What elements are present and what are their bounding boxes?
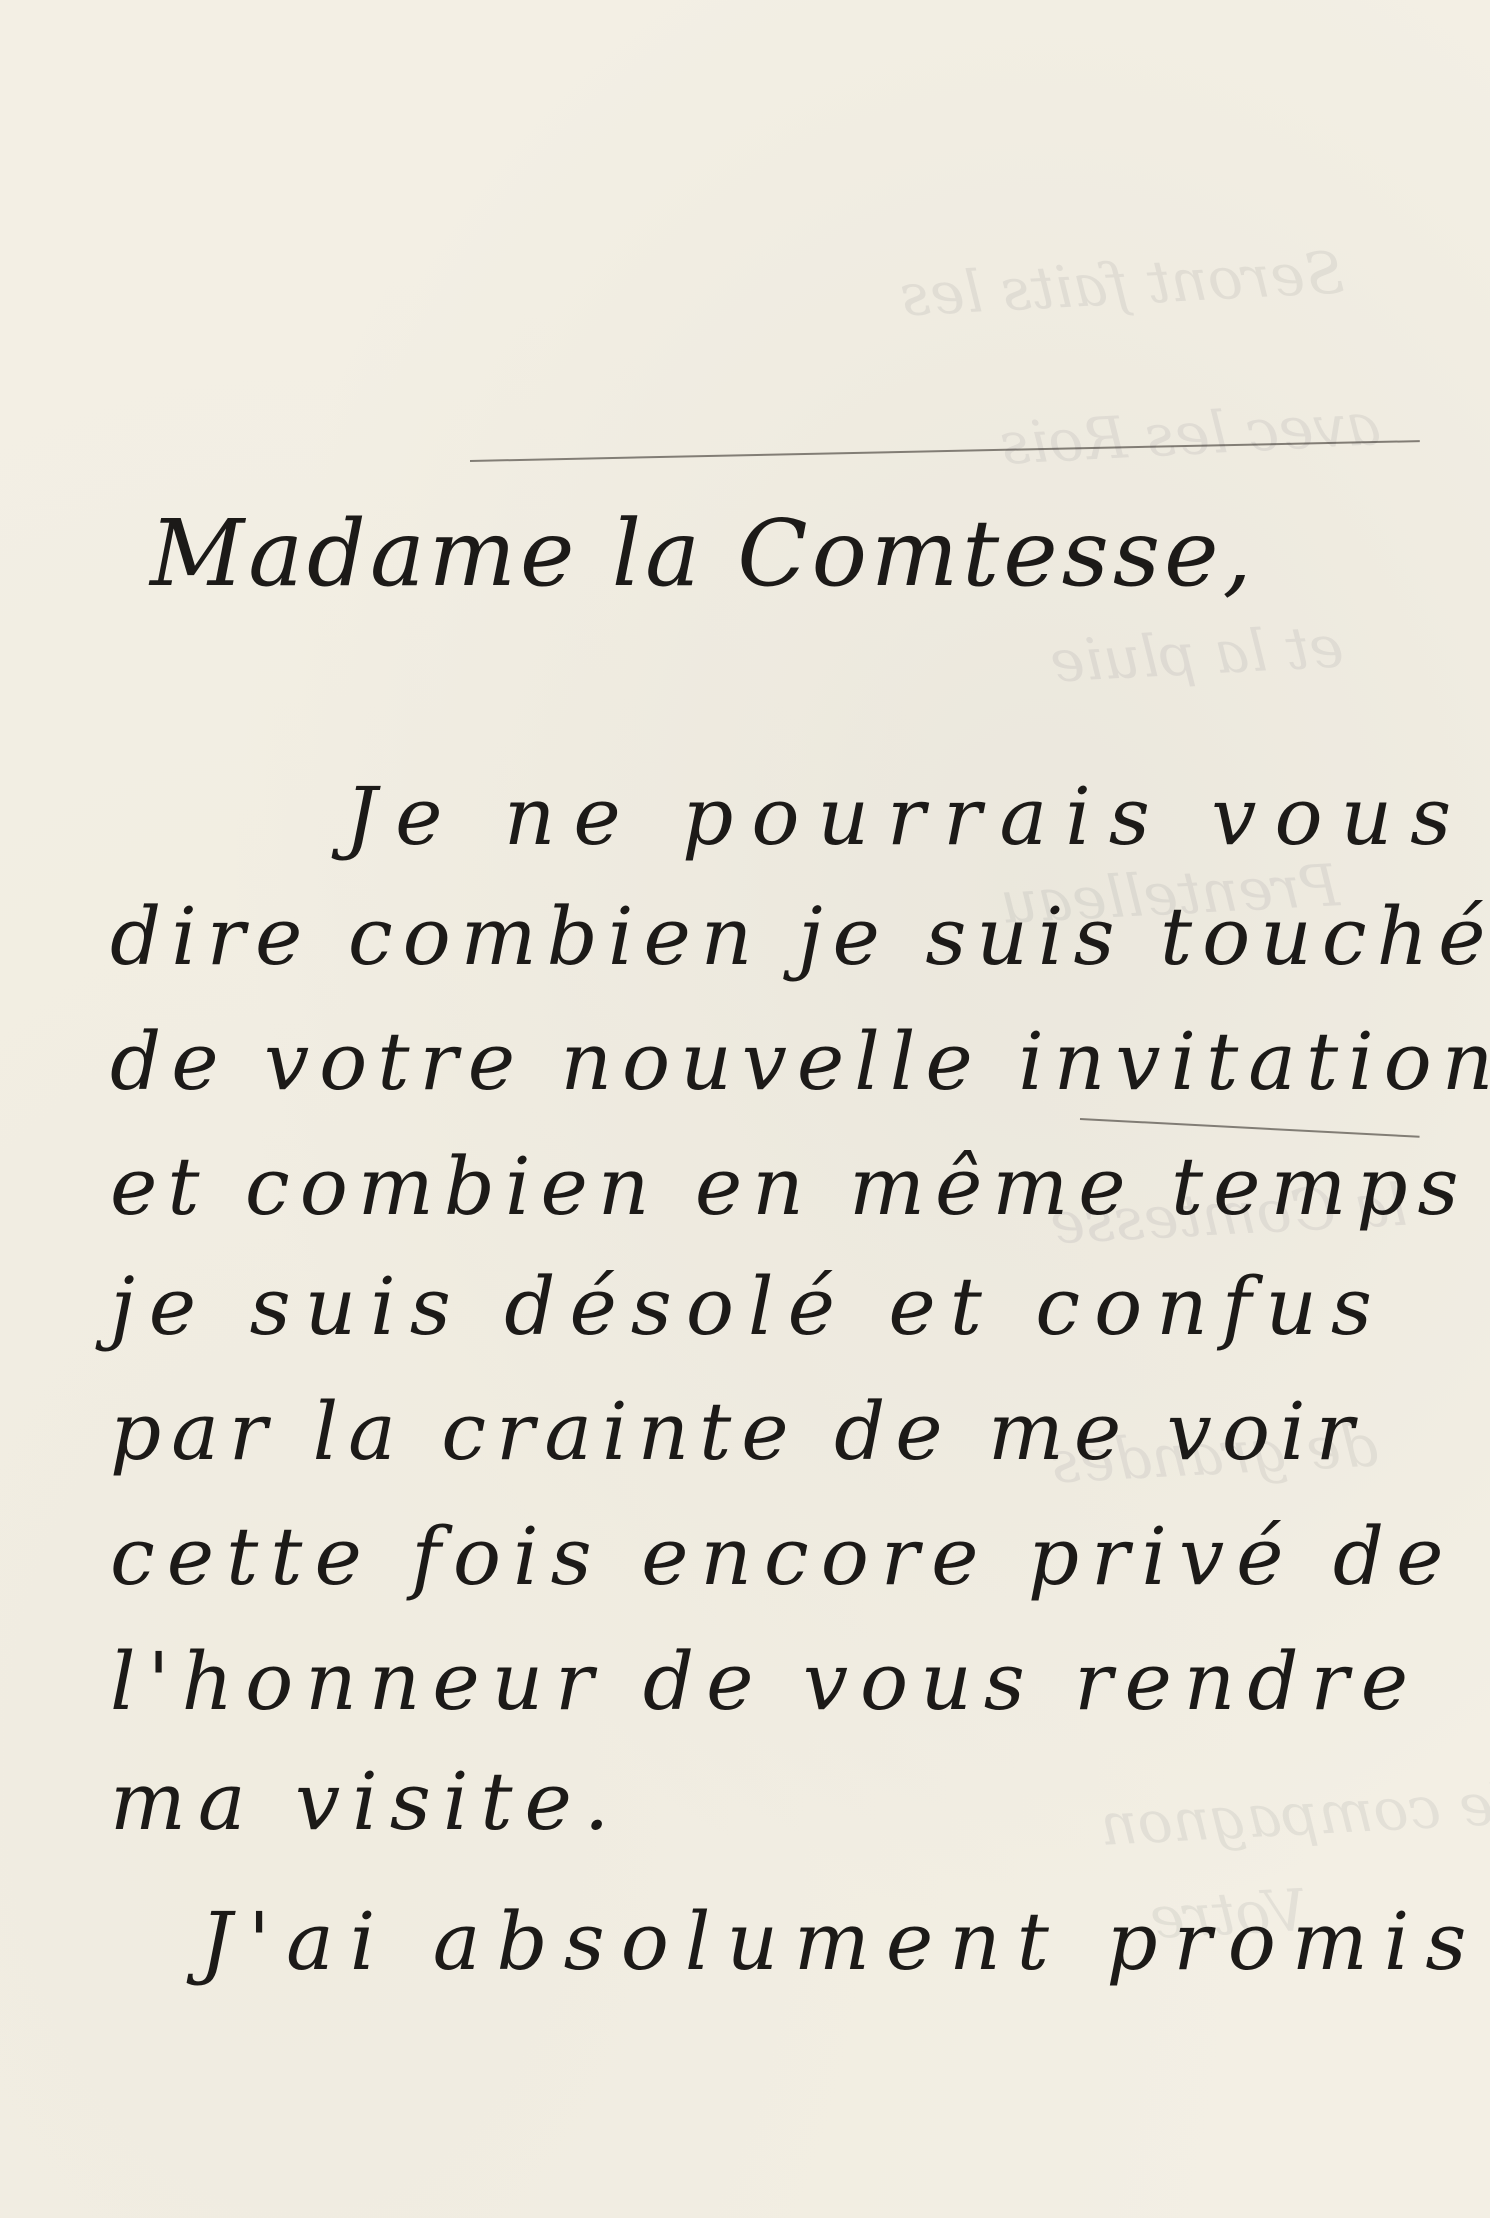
- letter-line: et combien en même temps: [110, 1140, 1469, 1233]
- letter-line: J'ai absolument promis: [200, 1895, 1482, 1988]
- paper-background: [0, 0, 1490, 2218]
- letter-line: dire combien je suis touché: [110, 890, 1490, 983]
- letter-line: Je ne pourrais vous: [345, 770, 1469, 863]
- letter-line: de votre nouvelle invitation,: [110, 1015, 1490, 1108]
- letter-line: l'honneur de vous rendre: [110, 1635, 1420, 1728]
- letter-line: je suis désolé et confus: [110, 1260, 1386, 1353]
- letter-line: par la crainte de me voir: [110, 1385, 1364, 1478]
- letter-line: ma visite.: [110, 1755, 621, 1848]
- salutation: Madame la Comtesse,: [150, 500, 1256, 607]
- letter-line: cette fois encore privé de: [110, 1510, 1455, 1603]
